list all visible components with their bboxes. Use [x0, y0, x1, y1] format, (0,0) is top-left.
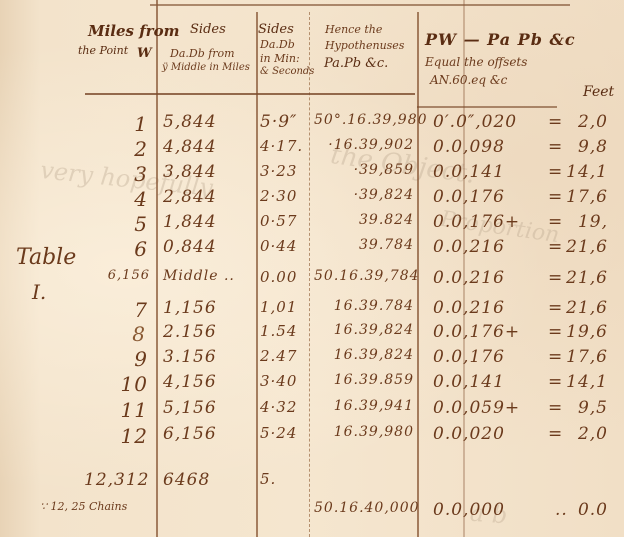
cell-feet: 19, — [548, 212, 608, 232]
header-sides-miles-1: Da.Db from — [170, 48, 235, 60]
cell-pw: 0′.0″,020 — [433, 112, 517, 132]
cell-sides: 2.47 — [260, 347, 297, 365]
cell-miles: 2,844 — [163, 187, 217, 207]
cell-sides: 0·44 — [260, 237, 297, 255]
cell-hyp: 50.16.39,784 — [314, 268, 414, 284]
cell-feet: 9,5 — [548, 398, 608, 418]
cell-sides: 1.54 — [260, 322, 297, 340]
cell-miles: 1,156 — [163, 298, 217, 318]
cell-w: 12,312 — [84, 470, 144, 490]
cell-w: 4 — [88, 187, 148, 211]
cell-miles: 4,844 — [163, 137, 217, 157]
header-rule — [85, 93, 415, 95]
table-row: 9 3.156 2.47 16.39,824 0.0,176 = 17,6 — [0, 347, 624, 371]
cell-miles: Middle .. — [163, 268, 235, 284]
cell-pw: 0.0,020 — [433, 424, 505, 444]
cell-w: 5 — [88, 212, 148, 236]
cell-sides: 5·9″ — [260, 112, 297, 132]
cell-hyp: 16.39,824 — [314, 322, 414, 338]
cell-w: 12 — [88, 424, 148, 448]
top-rule — [150, 4, 570, 6]
table-row: 2 4,844 4·17. ·16.39,902 0.0,098 = 9,8 — [0, 137, 624, 161]
table-row: 5 1,844 0·57 39.824 0.0,176+ = 19, — [0, 212, 624, 236]
cell-hyp: 16.39,980 — [314, 424, 414, 440]
cell-hyp: 50°.16.39,980 — [314, 112, 414, 128]
cell-sides: 4·17. — [260, 137, 303, 155]
cell-w: 6,156 — [90, 268, 150, 283]
header-pw-2: Equal the offsets — [425, 56, 527, 68]
cell-pw: 0.0,000 — [433, 500, 505, 520]
cell-hyp: ·16.39,902 — [314, 137, 414, 153]
table-row: 3 3,844 3·23 ·39,859 0.0,141 = 14,1 — [0, 162, 624, 186]
cell-pw: 0.0,176+ — [433, 322, 520, 342]
cell-miles: 3,844 — [163, 162, 217, 182]
cell-feet: 17,6 — [548, 347, 608, 367]
header-hyp-1: Hence the — [325, 24, 382, 36]
cell-hyp: 39.784 — [314, 237, 414, 253]
header-miles-from: Miles from — [88, 22, 179, 40]
cell-sides: 3·40 — [260, 372, 297, 390]
header-hyp-3: Pa.Pb &c. — [324, 56, 388, 71]
cell-w: 10 — [88, 372, 148, 396]
table-row: ∵ 12, 25 Chains 50.16.40,000 0.0,000 .. … — [0, 500, 624, 524]
cell-hyp: 16.39,941 — [314, 398, 414, 414]
cell-pw: 0.0,098 — [433, 137, 505, 157]
table-row: 4 2,844 2·30 ·39,824 0.0,176 = 17,6 — [0, 187, 624, 211]
table-row: 12 6,156 5·24 16.39,980 0.0,020 = 2,0 — [0, 424, 624, 448]
cell-hyp: ·39,824 — [314, 187, 414, 203]
cell-sides: 0.00 — [260, 268, 297, 286]
cell-pw: 0.0,216 — [433, 298, 505, 318]
table-row: 1 5,844 5·9″ 50°.16.39,980 0′.0″,020 = 2… — [0, 112, 624, 136]
cell-pw: 0.0,059+ — [433, 398, 520, 418]
cell-feet: 2,0 — [548, 112, 608, 132]
cell-hyp: ·39,859 — [314, 162, 414, 178]
table-row: 8 2.156 1.54 16.39,824 0.0,176+ = 19,6 — [0, 322, 624, 346]
header-pw-1: PW — Pa Pb &c — [425, 30, 576, 49]
cell-miles: 0,844 — [163, 237, 217, 257]
cell-miles: 5,156 — [163, 398, 217, 418]
table-row: 6,156 Middle .. 0.00 50.16.39,784 0.0,21… — [0, 268, 624, 292]
cell-feet: 0.0 — [548, 500, 608, 520]
header-feet: Feet — [583, 84, 614, 100]
cell-hyp: 16.39.859 — [314, 372, 414, 388]
cell-feet: 9,8 — [548, 137, 608, 157]
cell-miles: 1,844 — [163, 212, 217, 232]
cell-sides: 1,01 — [260, 298, 297, 316]
header-hyp-2: Hypothenuses — [325, 40, 404, 52]
cell-miles: 3.156 — [163, 347, 217, 367]
cell-w: 1 — [88, 112, 148, 136]
header-sides-min-1: Sides — [258, 22, 294, 37]
cell-w: ∵ 12, 25 Chains — [40, 500, 127, 513]
cell-miles: 4,156 — [163, 372, 217, 392]
table-row: 7 1,156 1,01 16.39.784 0.0,216 = 21,6 — [0, 298, 624, 322]
cell-hyp: 16.39.784 — [314, 298, 414, 314]
cell-feet: 17,6 — [548, 187, 608, 207]
cell-hyp: 16.39,824 — [314, 347, 414, 363]
cell-feet: 19,6 — [548, 322, 608, 342]
table-row: 6 0,844 0·44 39.784 0.0,216 = 21,6 — [0, 237, 624, 261]
cell-feet: 14,1 — [548, 162, 608, 182]
cell-feet: 21,6 — [548, 237, 608, 257]
cell-w: 9 — [88, 347, 148, 371]
table-row: 10 4,156 3·40 16.39.859 0.0,141 = 14,1 — [0, 372, 624, 396]
cell-pw: 0.0,216 — [433, 237, 505, 257]
header-rule-right — [417, 106, 557, 108]
header-sides-min-3: in Min: — [260, 53, 300, 65]
header-sides-top: Sides — [190, 22, 226, 37]
cell-hyp: 50.16.40,000 — [314, 500, 414, 516]
cell-feet: 2,0 — [548, 424, 608, 444]
cell-pw: 0.0,176 — [433, 347, 505, 367]
cell-w: 3 — [88, 162, 148, 186]
header-w-label: W — [137, 46, 152, 61]
cell-pw: 0.0,216 — [433, 268, 505, 288]
cell-pw: 0.0,141 — [433, 162, 505, 182]
cell-sides: 2·30 — [260, 187, 297, 205]
cell-feet: 21,6 — [548, 268, 608, 288]
table-row: 12,312 6468 5. — [0, 470, 624, 494]
header-pw-3: AN.60.eq &c — [430, 74, 507, 86]
cell-sides: 0·57 — [260, 212, 297, 230]
header-the-point: the Point — [78, 44, 128, 57]
cell-sides: 5. — [260, 470, 276, 488]
cell-miles: 6468 — [163, 470, 210, 490]
cell-feet: 14,1 — [548, 372, 608, 392]
cell-miles: 6,156 — [163, 424, 217, 444]
cell-pw: 0.0,176 — [433, 187, 505, 207]
cell-sides: 4·32 — [260, 398, 297, 416]
cell-feet: 21,6 — [548, 298, 608, 318]
cell-w: 6 — [88, 237, 148, 261]
cell-pw: 0.0,176+ — [433, 212, 520, 232]
header-sides-min-2: Da.Db — [260, 39, 295, 51]
cell-miles: 2.156 — [163, 322, 217, 342]
cell-w: 8 — [86, 322, 146, 346]
cell-w: 2 — [88, 137, 148, 161]
cell-w: 11 — [88, 398, 148, 422]
cell-sides: 5·24 — [260, 424, 297, 442]
header-sides-miles-2: ÿ Middle in Miles — [162, 62, 250, 74]
cell-sides: 3·23 — [260, 162, 297, 180]
cell-w: 7 — [88, 298, 148, 322]
table-row: 11 5,156 4·32 16.39,941 0.0,059+ = 9,5 — [0, 398, 624, 422]
cell-pw: 0.0,141 — [433, 372, 505, 392]
header-sides-min-4: & Seconds — [260, 66, 314, 78]
cell-miles: 5,844 — [163, 112, 217, 132]
cell-hyp: 39.824 — [314, 212, 414, 228]
